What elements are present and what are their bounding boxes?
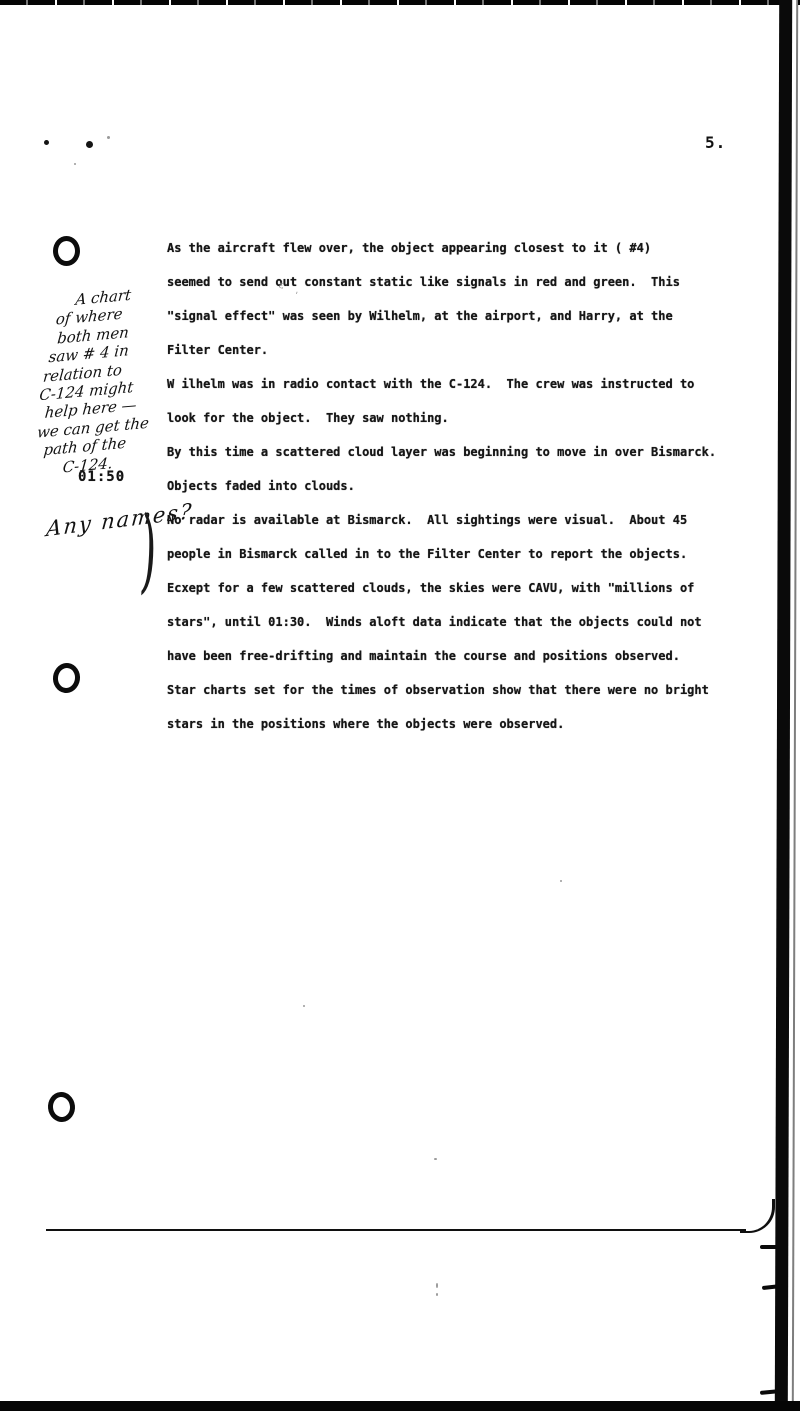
typed-line: Star charts set for the times of observa… xyxy=(167,673,767,707)
scan-bottom-edge xyxy=(0,1401,800,1411)
speck xyxy=(436,1293,438,1296)
scanned-document-page: 5. A chart of where both men saw # 4 in … xyxy=(0,0,800,1411)
bottom-rule-line xyxy=(46,1229,746,1231)
typed-line: Objects faded into clouds. xyxy=(167,469,767,503)
speck xyxy=(107,136,110,139)
typed-line: As the aircraft flew over, the object ap… xyxy=(167,231,767,265)
typed-line: W ilhelm was in radio contact with the C… xyxy=(167,367,767,401)
hole-punch xyxy=(51,661,82,694)
typed-line: No radar is available at Bismarck. All s… xyxy=(167,503,767,537)
typed-line: have been free-drifting and maintain the… xyxy=(167,639,767,673)
bottom-rule-curve xyxy=(740,1199,775,1233)
typed-line: seemed to send out constant static like … xyxy=(167,265,767,299)
scan-top-edge xyxy=(0,0,800,5)
typed-line: people in Bismarck called in to the Filt… xyxy=(167,537,767,571)
speck xyxy=(560,880,562,882)
speck xyxy=(74,163,76,165)
typed-body-text: As the aircraft flew over, the object ap… xyxy=(167,231,767,741)
typed-line: stars", until 01:30. Winds aloft data in… xyxy=(167,605,767,639)
margin-time: 01:50 xyxy=(78,469,125,485)
hole-punch xyxy=(47,1091,77,1124)
speck xyxy=(303,1005,305,1007)
speck xyxy=(436,1283,438,1288)
typed-line: By this time a scattered cloud layer was… xyxy=(167,435,767,469)
speck xyxy=(434,1158,437,1160)
typed-line: Ecxept for a few scattered clouds, the s… xyxy=(167,571,767,605)
typed-line: stars in the positions where the objects… xyxy=(167,707,767,741)
typed-line: "signal effect" was seen by Wilhelm, at … xyxy=(167,299,767,333)
handwritten-margin-note: A chart of where both men saw # 4 in rel… xyxy=(32,281,188,479)
hole-punch xyxy=(53,236,80,266)
typed-line: look for the object. They saw nothing. xyxy=(167,401,767,435)
ink-dot xyxy=(44,140,49,145)
scan-right-edge xyxy=(775,0,792,1411)
page-number: 5. xyxy=(705,133,726,152)
scan-edge-tick xyxy=(760,1245,780,1249)
ink-dot xyxy=(86,141,93,148)
typed-line: Filter Center. xyxy=(167,333,767,367)
